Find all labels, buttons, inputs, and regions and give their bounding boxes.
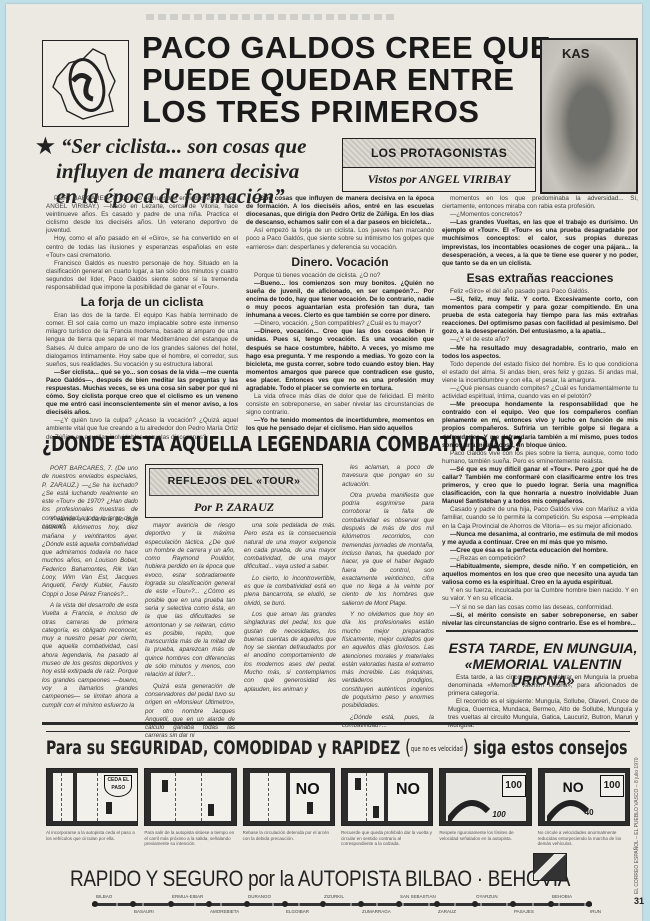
article1-column-1: PORT BARCARES, 7. (De uno de nuestros en… — [46, 195, 238, 442]
reflejos-byline: Por P. ZARAUZ — [146, 499, 322, 515]
route-stop-label: PASAJES — [514, 909, 534, 914]
motorway-line — [92, 903, 592, 906]
main-headline: PACO GALDOS CREE QUE PUEDE QUEDAR ENTRE … — [142, 32, 536, 128]
route-stop-label: SAN SEBASTIAN — [400, 894, 436, 899]
margin-credit: EL CORREO ESPAÑOL – EL PUEBLO VASCO – 8 … — [634, 744, 644, 894]
tour-de-france-map-logo-icon — [43, 41, 128, 126]
article1-column-2: —Son cosas que influyen de manera decisi… — [246, 195, 434, 434]
divider — [46, 731, 630, 732]
protagonistas-box: LOS PROTAGONISTAS Vistos por ANGEL VIRIB… — [342, 138, 536, 192]
cyclist-photo: KAS — [540, 38, 638, 194]
divider — [42, 722, 638, 725]
route-stop-icon — [92, 901, 98, 907]
route-stop-icon — [168, 901, 174, 907]
route-map: BILBAOBASAURIERMUA-EIBARAMOREBIETADURANG… — [92, 896, 592, 912]
route-stop-label: ERMUA-EIBAR — [172, 894, 203, 899]
advice-captions: Al incorporarse a la autopista ceda el p… — [46, 830, 630, 847]
star-icon: ★ — [36, 134, 55, 158]
article2-column-2: mayor avaricia de riesgo deportivo y la … — [145, 522, 235, 744]
route-stop-label: IRUN — [590, 909, 601, 914]
route-stop-icon — [548, 901, 554, 907]
route-stop-label: AMOREBIETA — [210, 909, 239, 914]
route-stop-label: ELGOIBAR — [286, 909, 309, 914]
no-stopping-icon: NO — [243, 768, 335, 826]
route-stop-icon — [320, 901, 326, 907]
route-stop-label: BEHOBIA — [552, 894, 572, 899]
section-heading: Dinero. Vocación — [246, 255, 434, 269]
route-stop-icon — [434, 901, 440, 907]
section-heading: Esas extrañas reacciones — [442, 271, 638, 285]
autopista-logo-icon — [533, 853, 567, 881]
masthead-strip — [146, 14, 396, 20]
route-stop-icon — [206, 901, 212, 907]
route-stop-icon — [244, 901, 250, 907]
article2-headline: ¿DONDE ESTA AQUELLA LEGENDARIA COMBATIVI… — [42, 432, 374, 456]
article2-column-4: les aclaman, a poco de travesura que pon… — [342, 464, 434, 733]
advice-panels: CEDA EL PASO NO NO 100 100 — [46, 768, 630, 826]
overtaking-yield-sign-icon: CEDA EL PASO — [46, 768, 138, 826]
autopista-slogan: RAPIDO Y SEGURO por la AUTOPISTA BILBAO … — [70, 866, 570, 892]
page-number: 31 — [634, 896, 644, 906]
route-stop-icon — [282, 901, 288, 907]
newspaper-page: PACO GALDOS CREE QUE PUEDE QUEDAR ENTRE … — [6, 4, 642, 921]
article2-column-1: Y vamos a la carrera. No digo cuarenta k… — [42, 516, 138, 713]
article2-column-3: una sola pedalada de más. Pero esta es l… — [244, 522, 336, 697]
reflejos-box: REFLEJOS DEL «TOUR» Por P. ZARAUZ — [145, 464, 323, 518]
route-stop-label: OYARZUN — [476, 894, 498, 899]
route-stop-icon — [396, 901, 402, 907]
route-stop-icon — [586, 901, 592, 907]
route-stop-icon — [510, 901, 516, 907]
advert-headline: Para su SEGURIDAD, COMODIDAD y RAPIDEZ (… — [46, 735, 478, 759]
route-stop-label: ZUMARRAGA — [362, 909, 391, 914]
kas-cap-label: KAS — [562, 46, 589, 61]
speed-limit-100-icon: 100 100 — [439, 768, 531, 826]
route-stop-label: BASAURI — [134, 909, 154, 914]
velocidad-note: que no es velocidad — [411, 745, 463, 753]
protagonistas-byline: Vistos por ANGEL VIRIBAY — [343, 168, 535, 190]
no-u-turn-icon: NO — [341, 768, 433, 826]
route-stop-icon — [358, 901, 364, 907]
route-stop-label: ZIZURKIL — [324, 894, 344, 899]
route-stop-label: BILBAO — [96, 894, 112, 899]
reflejos-title: REFLEJOS DEL «TOUR» — [149, 468, 319, 496]
section-heading: La forja de un ciclista — [46, 295, 238, 309]
route-stop-icon — [472, 901, 478, 907]
exit-lane-icon — [144, 768, 236, 826]
route-stop-icon — [130, 901, 136, 907]
divider — [446, 630, 638, 632]
tour-logo — [42, 40, 129, 127]
protagonistas-title: LOS PROTAGONISTAS — [343, 139, 535, 168]
route-stop-label: ZARAUZ — [438, 909, 456, 914]
article1-column-3: momentos en los que predominaba la adver… — [442, 195, 638, 628]
no-slow-driving-icon: NO 100 40 — [538, 768, 630, 826]
route-stop-label: DURANGO — [248, 894, 271, 899]
